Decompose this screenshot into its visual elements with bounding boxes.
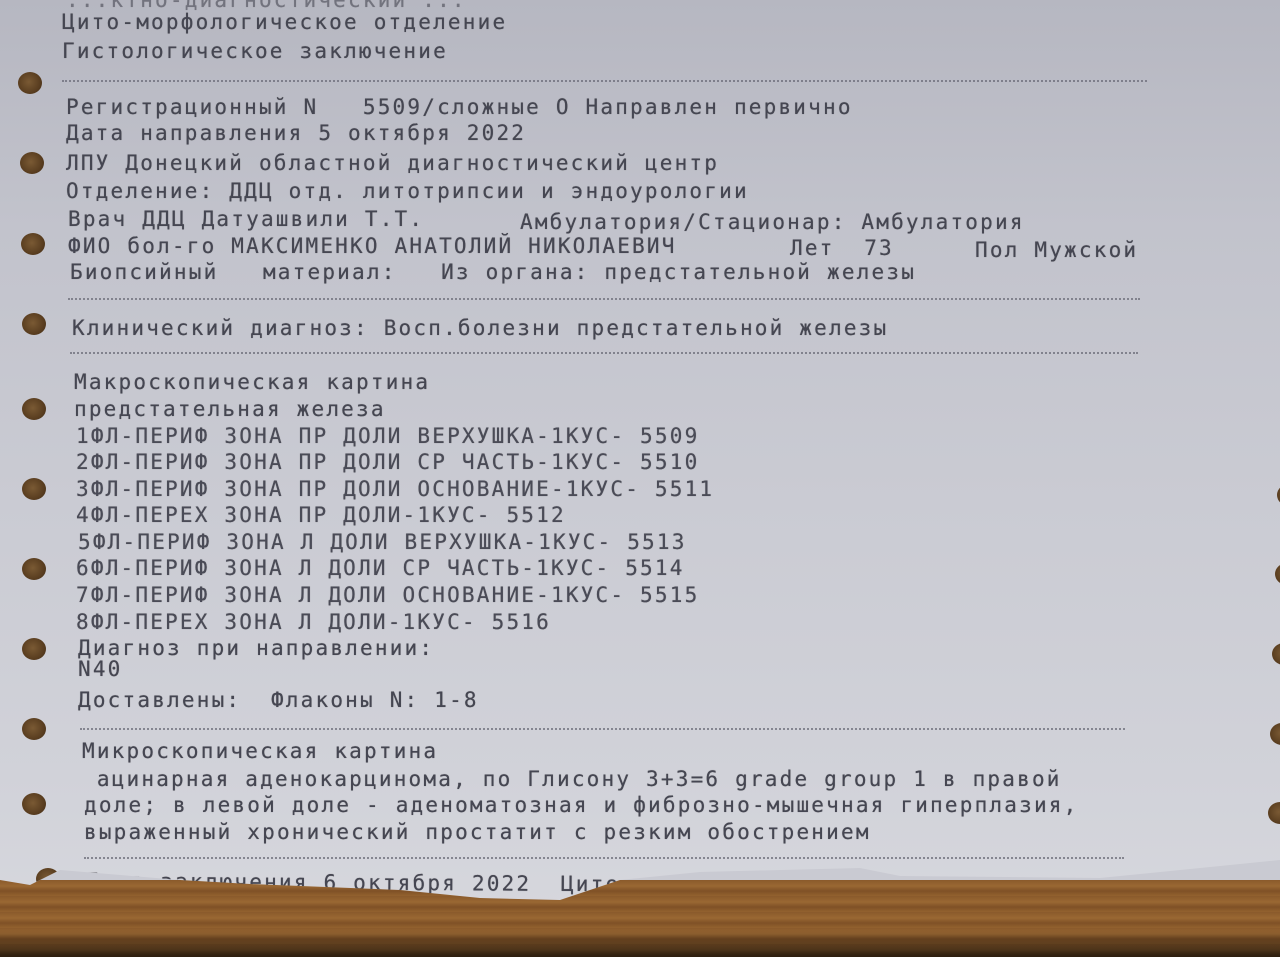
referral-date: Дата направления 5 октября 2022 xyxy=(66,123,526,144)
microscopic-text-line: доле; в левой доле - аденоматозная и фиб… xyxy=(84,795,1079,816)
report-paper: ...ктно-диагностический ... Цито-морфоло… xyxy=(0,0,1280,912)
vial-item: 3ФЛ-ПЕРИФ ЗОНА ПР ДОЛИ ОСНОВАНИЕ-1КУС- 5… xyxy=(76,479,714,500)
vial-item: 2ФЛ-ПЕРИФ ЗОНА ПР ДОЛИ СР ЧАСТЬ-1КУС- 55… xyxy=(76,452,699,473)
patient-name: ФИО бол-го МАКСИМЕНКО АНАТОЛИЙ НИКОЛАЕВИ… xyxy=(68,236,677,257)
referral-diagnosis-label: Диагноз при направлении: xyxy=(78,638,434,659)
macroscopic-organ: предстательная железа xyxy=(74,399,386,420)
table-shadow xyxy=(0,930,1280,957)
perforation-hole xyxy=(1270,723,1280,745)
vial-item: 5ФЛ-ПЕРИФ ЗОНА Л ДОЛИ ВЕРХУШКА-1КУС- 551… xyxy=(78,532,687,553)
perforation-hole xyxy=(22,478,46,500)
vial-item: 1ФЛ-ПЕРИФ ЗОНА ПР ДОЛИ ВЕРХУШКА-1КУС- 55… xyxy=(76,426,699,447)
perforation-hole xyxy=(18,72,42,94)
vial-item: 6ФЛ-ПЕРИФ ЗОНА Л ДОЛИ СР ЧАСТЬ-1КУС- 551… xyxy=(76,558,685,579)
department-header: Цито-морфологическое отделение xyxy=(62,12,507,33)
perforation-hole xyxy=(21,233,45,255)
vial-item: 4ФЛ-ПЕРЕХ ЗОНА ПР ДОЛИ-1КУС- 5512 xyxy=(76,505,566,526)
perforation-hole xyxy=(22,558,46,580)
institution: ЛПУ Донецкий областной диагностический ц… xyxy=(66,153,719,174)
divider xyxy=(84,857,1124,859)
care-type: Амбулатория/Стационар: Амбулатория xyxy=(520,212,1025,233)
perforation-hole xyxy=(22,718,46,740)
doctor: Врач ДДЦ Датуашвили Т.Т. xyxy=(68,209,424,230)
perforation-hole xyxy=(1268,802,1280,824)
divider xyxy=(80,728,1125,730)
divider xyxy=(70,352,1138,354)
biopsy-material: Биопсийный материал: Из органа: предстат… xyxy=(70,262,916,283)
perforation-hole xyxy=(22,313,46,335)
perforation-hole xyxy=(20,152,44,174)
microscopic-text-line: ацинарная аденокарцинома, по Глисону 3+3… xyxy=(82,769,1062,790)
perforation-hole xyxy=(22,638,46,660)
perforation-hole xyxy=(1275,563,1280,585)
perforation-hole xyxy=(22,793,46,815)
perforation-hole xyxy=(22,398,46,420)
vial-item: 7ФЛ-ПЕРИФ ЗОНА Л ДОЛИ ОСНОВАНИЕ-1КУС- 55… xyxy=(76,585,699,606)
microscopic-title: Микроскопическая картина xyxy=(82,741,438,762)
vial-item: 8ФЛ-ПЕРЕХ ЗОНА Л ДОЛИ-1КУС- 5516 xyxy=(76,612,551,633)
perforation-hole xyxy=(1272,643,1280,665)
patient-age: Лет 73 xyxy=(790,238,894,259)
department: Отделение: ДДЦ отд. литотрипсии и эндоур… xyxy=(66,181,749,202)
divider xyxy=(68,298,1140,300)
macroscopic-title: Макроскопическая картина xyxy=(74,372,430,393)
registration-number: Регистрационный N 5509/сложные О Направл… xyxy=(66,97,853,118)
report-title: Гистологическое заключение xyxy=(62,41,448,62)
patient-sex: Пол Мужской xyxy=(975,240,1138,261)
clinical-diagnosis: Клинический диагноз: Восп.болезни предст… xyxy=(72,318,888,339)
referral-diagnosis-code: N40 xyxy=(78,659,123,680)
delivered-vials: Доставлены: Флаконы N: 1-8 xyxy=(78,690,479,711)
divider xyxy=(62,80,1147,82)
microscopic-text-line: выраженный хронический простатит с резки… xyxy=(84,822,871,843)
